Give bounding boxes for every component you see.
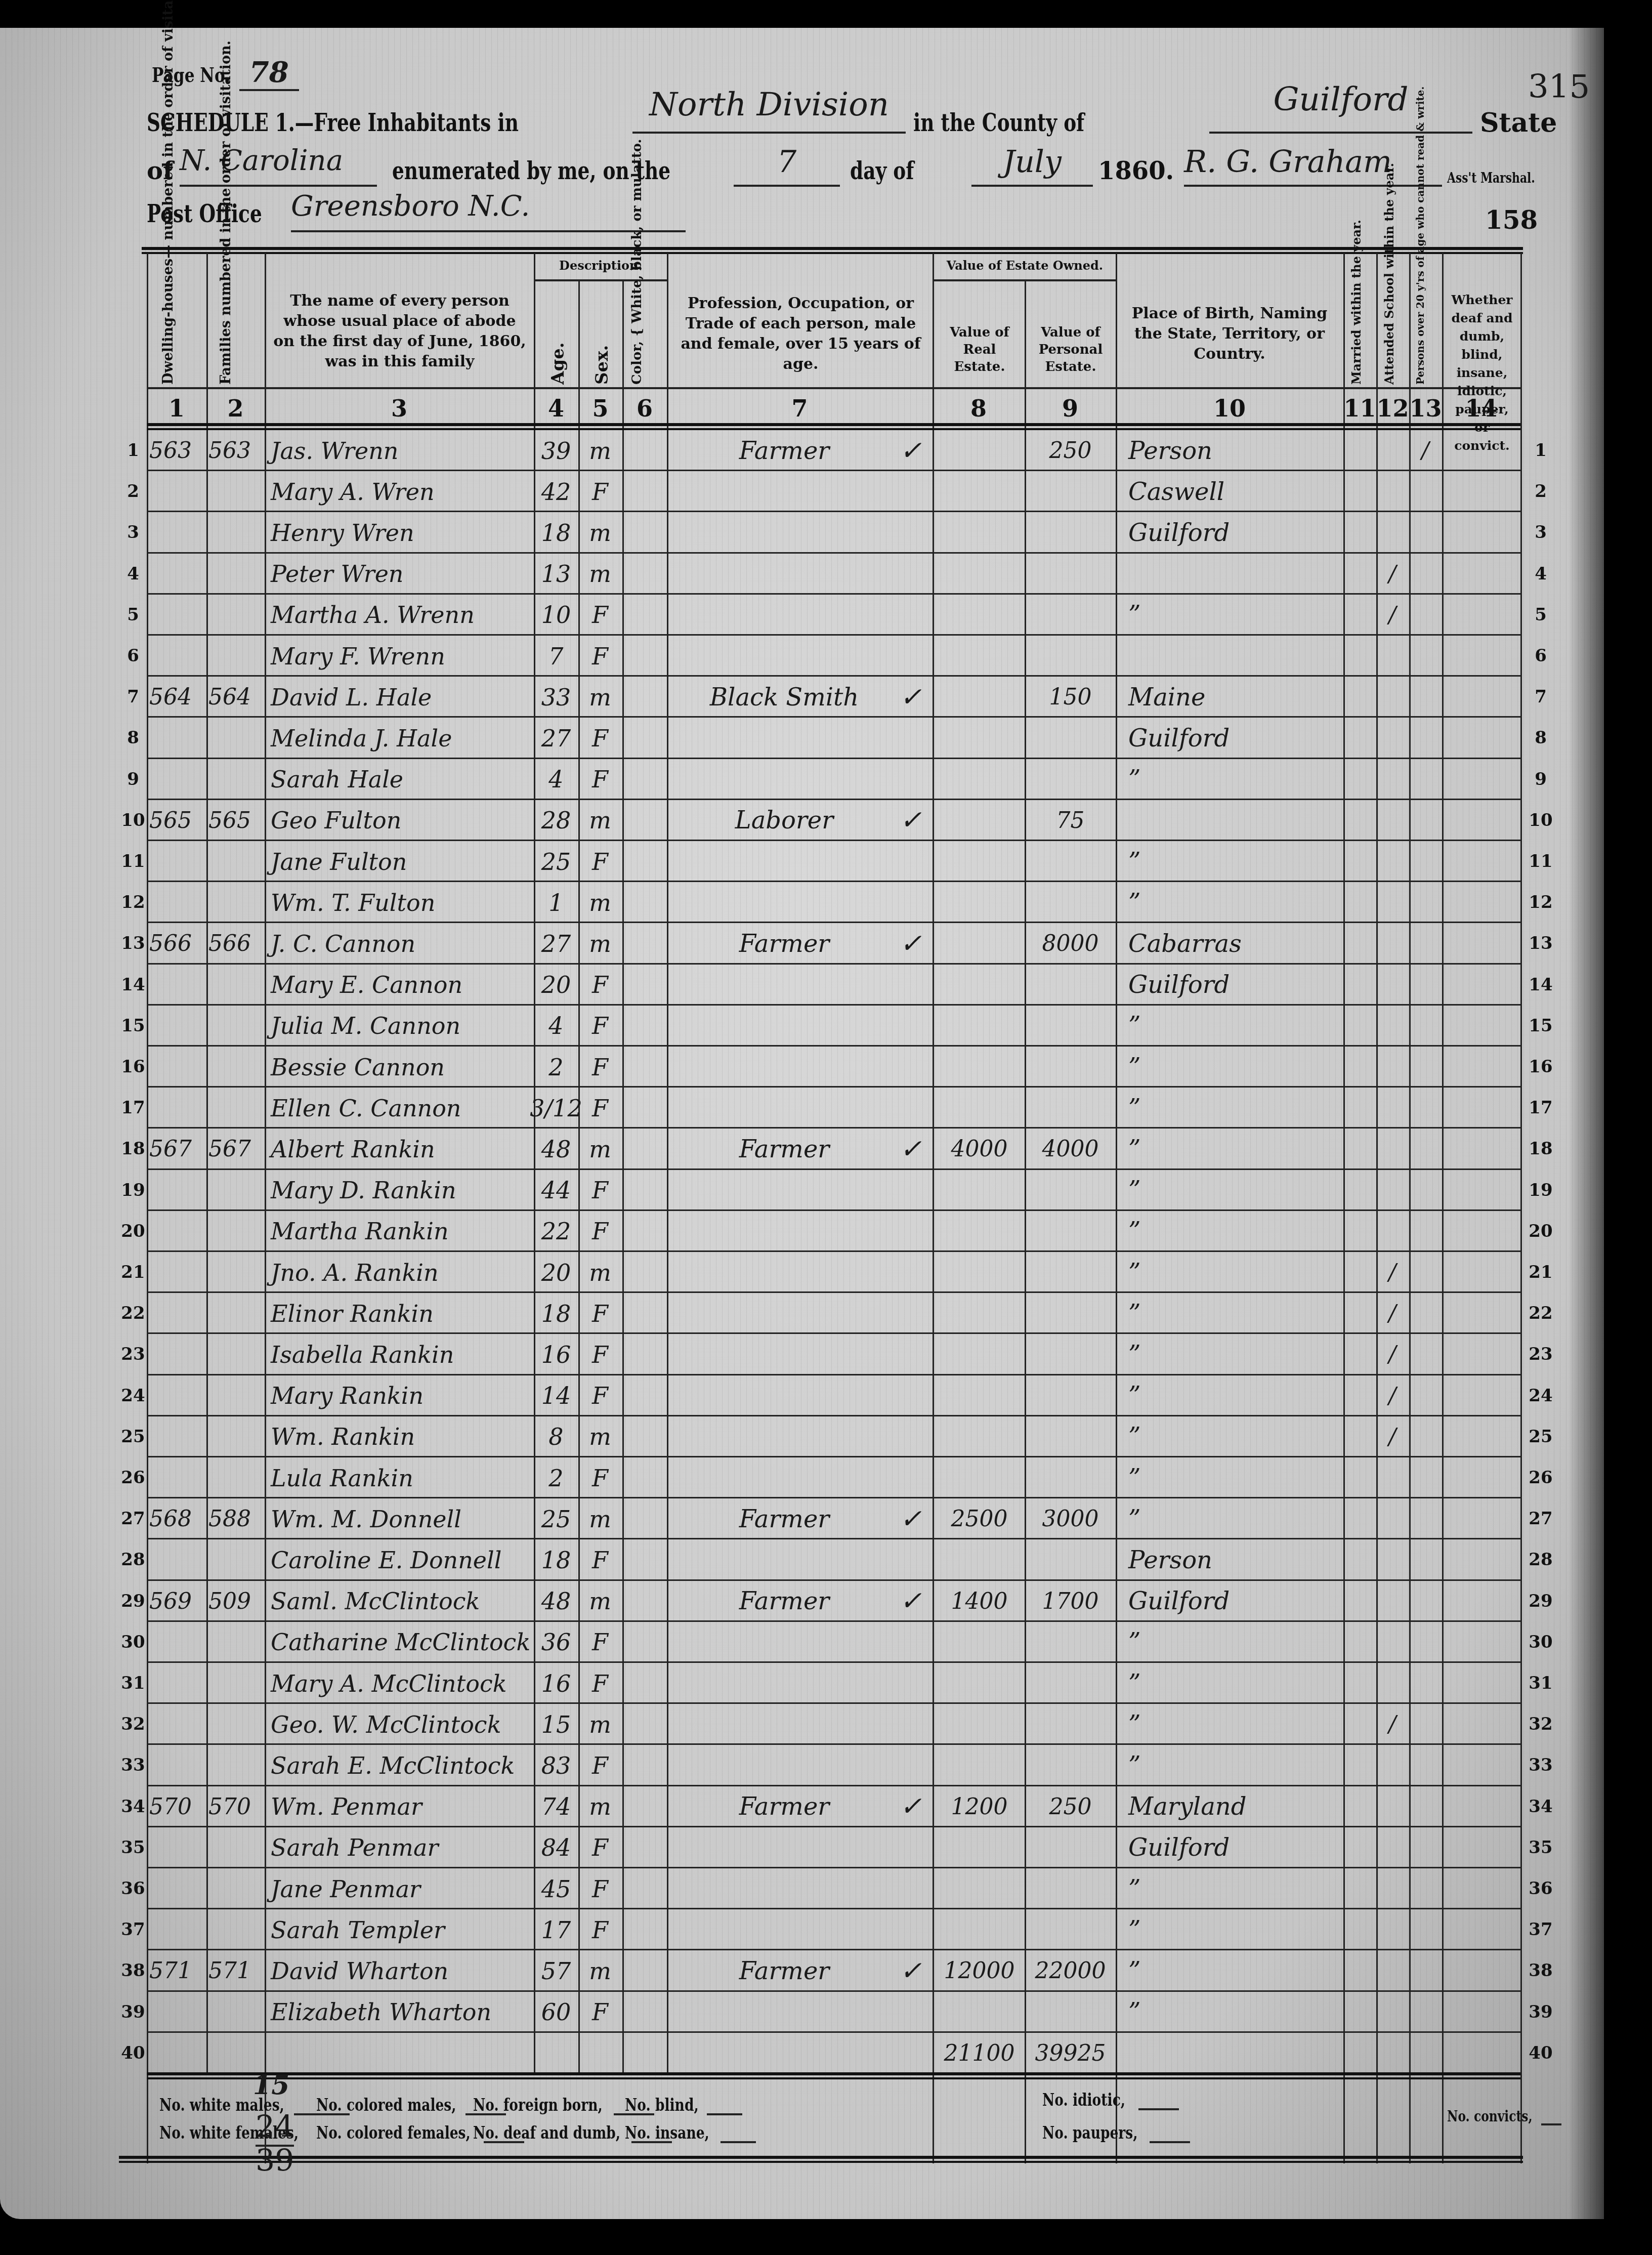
cell-name: [271, 2033, 531, 2074]
cell-birth: Maine: [1128, 677, 1341, 718]
cell-sex: F: [580, 1088, 620, 1129]
blind-label: No. blind,: [625, 2095, 699, 2115]
cell-name: Sarah Templer: [271, 1909, 531, 1950]
row-number-left: 38: [120, 1960, 146, 1981]
cell-family: 567: [208, 1129, 263, 1170]
county-field: Guilford: [1209, 81, 1472, 134]
cell-check: [891, 1047, 931, 1088]
cell-age: 1: [535, 882, 577, 923]
cell-birth: ”: [1128, 1663, 1341, 1704]
cell-school: /: [1377, 1293, 1408, 1334]
cell-real: [935, 1992, 1024, 2033]
cell-school: [1377, 512, 1408, 553]
cell-check: [891, 1663, 931, 1704]
cell-dwelling: [149, 965, 205, 1006]
cell-dwelling: [149, 1334, 205, 1375]
row-number-left: 36: [120, 1878, 146, 1899]
post-office-field: Greensboro N.C.: [291, 190, 686, 232]
divider: [933, 279, 1116, 281]
row-number-left: 4: [120, 564, 146, 584]
cell-real: [935, 718, 1024, 759]
row-number-right: 18: [1528, 1139, 1553, 1159]
row-number-right: 23: [1528, 1344, 1553, 1364]
cell-dwelling: [149, 882, 205, 923]
cell-illiterate: [1410, 1334, 1441, 1375]
sheet-number: 158: [1485, 205, 1538, 235]
cell-illiterate: [1410, 1827, 1441, 1868]
column-group-estate: Value of Estate Owned.: [935, 256, 1115, 276]
row-number-left: 13: [120, 933, 146, 953]
cell-illiterate: [1410, 1006, 1441, 1047]
cell-occupation: [688, 636, 880, 677]
column-group-description: Description.: [536, 256, 665, 276]
cell-personal: [1026, 1088, 1115, 1129]
cell-age: 48: [535, 1581, 577, 1622]
cell-illiterate: [1410, 554, 1441, 595]
cell-real: 1400: [935, 1581, 1024, 1622]
row-number-left: 10: [120, 810, 146, 830]
cell-real: [935, 1006, 1024, 1047]
cell-school: [1377, 1909, 1408, 1950]
cell-occupation: [688, 1375, 880, 1416]
cell-personal: [1026, 471, 1115, 512]
row-number-left: 6: [120, 646, 146, 666]
cell-illiterate: [1410, 1539, 1441, 1580]
cell-name: Caroline E. Donnell: [271, 1539, 531, 1580]
cell-real: [935, 1663, 1024, 1704]
column-number: 10: [1116, 395, 1343, 423]
cell-birth: ”: [1128, 1622, 1341, 1663]
cell-real: [935, 1088, 1024, 1129]
cell-personal: [1026, 1992, 1115, 2033]
cell-illiterate: [1410, 1663, 1441, 1704]
column-number: 11: [1343, 395, 1376, 423]
cell-school: /: [1377, 1252, 1408, 1293]
table-top-border: [142, 247, 1523, 254]
cell-real: [935, 1334, 1024, 1375]
cell-sex: F: [580, 1909, 620, 1950]
cell-birth: ”: [1128, 1211, 1341, 1252]
cell-occupation: [688, 512, 880, 553]
cell-name: David L. Hale: [271, 677, 531, 718]
row-number-left: 21: [120, 1262, 146, 1282]
row-number-right: 13: [1528, 933, 1553, 953]
cell-school: [1377, 1211, 1408, 1252]
cell-sex: F: [580, 1827, 620, 1868]
cell-personal: [1026, 718, 1115, 759]
cell-name: Sarah Hale: [271, 759, 531, 800]
cell-name: Wm. T. Fulton: [271, 882, 531, 923]
year-label: 1860.: [1098, 157, 1174, 185]
cell-check: [891, 595, 931, 636]
cell-illiterate: [1410, 1293, 1441, 1334]
column-number: 3: [265, 395, 534, 423]
cell-dwelling: [149, 1457, 205, 1498]
cell-dwelling: [149, 1704, 205, 1745]
cell-age: 18: [535, 1293, 577, 1334]
column-header-school: Attended School within the year.: [1383, 263, 1396, 385]
cell-illiterate: [1410, 1416, 1441, 1457]
cell-occupation: [688, 2033, 880, 2074]
row-number-right: 35: [1528, 1838, 1553, 1858]
row-number-left: 12: [120, 892, 146, 912]
cell-school: [1377, 882, 1408, 923]
cell-real: [935, 1416, 1024, 1457]
cell-birth: ”: [1128, 1129, 1341, 1170]
divider: [622, 281, 624, 2075]
cell-school: [1377, 1786, 1408, 1827]
cell-family: 566: [208, 923, 263, 964]
cell-check: [891, 1909, 931, 1950]
cell-sex: m: [580, 677, 620, 718]
cell-dwelling: [149, 1416, 205, 1457]
cell-birth: ”: [1128, 1498, 1341, 1539]
cell-real: [935, 512, 1024, 553]
cell-illiterate: [1410, 800, 1441, 841]
cell-school: [1377, 1868, 1408, 1909]
cell-dwelling: [149, 759, 205, 800]
cell-occupation: [688, 965, 880, 1006]
row-number-right: 25: [1528, 1427, 1553, 1447]
cell-occupation: Farmer: [688, 923, 880, 964]
cell-personal: [1026, 1211, 1115, 1252]
cell-birth: Cabarras: [1128, 923, 1341, 964]
cell-personal: 8000: [1026, 923, 1115, 964]
row-number-right: 3: [1528, 522, 1553, 542]
cell-birth: Guilford: [1128, 1827, 1341, 1868]
cell-real: [935, 471, 1024, 512]
cell-school: [1377, 1581, 1408, 1622]
column-number: 1: [147, 395, 206, 423]
cell-check: [891, 1868, 931, 1909]
cell-sex: m: [580, 1704, 620, 1745]
colored-females-label: No. colored females,: [316, 2123, 471, 2143]
cell-occupation: [688, 1539, 880, 1580]
cell-name: Mary Rankin: [271, 1375, 531, 1416]
cell-family: [208, 471, 263, 512]
row-number-left: 17: [120, 1098, 146, 1118]
cell-age: 45: [535, 1868, 577, 1909]
cell-personal: [1026, 1334, 1115, 1375]
cell-illiterate: [1410, 1950, 1441, 1991]
cell-occupation: [688, 1334, 880, 1375]
row-number-left: 22: [120, 1303, 146, 1323]
cell-real: [935, 554, 1024, 595]
cell-birth: ”: [1128, 1457, 1341, 1498]
cell-family: [208, 512, 263, 553]
cell-real: [935, 965, 1024, 1006]
cell-dwelling: [149, 1539, 205, 1580]
row-number-right: 9: [1528, 769, 1553, 789]
marshal-label-text: Ass't Marshal.: [1447, 170, 1535, 186]
cell-check: [891, 841, 931, 882]
cell-sex: m: [580, 882, 620, 923]
convicts-label: No. convicts,: [1447, 2108, 1533, 2125]
cell-school: [1377, 1539, 1408, 1580]
cell-sex: F: [580, 1047, 620, 1088]
row-number-right: 11: [1528, 851, 1553, 871]
colored-males-label: No. colored males,: [316, 2095, 456, 2115]
cell-school: /: [1377, 1704, 1408, 1745]
cell-name: Peter Wren: [271, 554, 531, 595]
column-number: 2: [206, 395, 265, 423]
cell-dwelling: [149, 1006, 205, 1047]
cell-occupation: [688, 1745, 880, 1786]
cell-personal: [1026, 1457, 1115, 1498]
cell-family: [208, 2033, 263, 2074]
cell-illiterate: [1410, 841, 1441, 882]
cell-dwelling: [149, 1293, 205, 1334]
state-label: State: [1480, 107, 1557, 138]
row-number-right: 27: [1528, 1509, 1553, 1529]
cell-name: Jas. Wrenn: [271, 430, 531, 471]
cell-age: 48: [535, 1129, 577, 1170]
cell-family: 564: [208, 677, 263, 718]
cell-sex: F: [580, 965, 620, 1006]
cell-age: 13: [535, 554, 577, 595]
cell-birth: ”: [1128, 1006, 1341, 1047]
divider: [933, 253, 934, 2163]
row-number-right: 33: [1528, 1755, 1553, 1775]
cell-illiterate: [1410, 1047, 1441, 1088]
cell-age: 39: [535, 430, 577, 471]
cell-real: [935, 800, 1024, 841]
cell-school: [1377, 1006, 1408, 1047]
row-number-right: 36: [1528, 1878, 1553, 1899]
cell-name: Mary D. Rankin: [271, 1170, 531, 1211]
foreign-born-label: No. foreign born,: [473, 2095, 603, 2115]
cell-dwelling: 564: [149, 677, 205, 718]
cell-personal: [1026, 841, 1115, 882]
cell-school: /: [1377, 1416, 1408, 1457]
cell-occupation: [688, 1293, 880, 1334]
column-number: 5: [578, 395, 622, 423]
cell-dwelling: [149, 1909, 205, 1950]
marshal-signature: R. G. Graham: [1184, 144, 1442, 187]
cell-school: [1377, 1663, 1408, 1704]
cell-personal: 150: [1026, 677, 1115, 718]
cell-name: Bessie Cannon: [271, 1047, 531, 1088]
cell-illiterate: [1410, 1375, 1441, 1416]
cell-illiterate: [1410, 1129, 1441, 1170]
cell-family: 571: [208, 1950, 263, 1991]
cell-personal: [1026, 965, 1115, 1006]
cell-birth: Person: [1128, 430, 1341, 471]
divider: [147, 387, 1520, 389]
cell-personal: [1026, 1375, 1115, 1416]
cell-occupation: Farmer: [688, 1581, 880, 1622]
state-field: N. Carolina: [180, 144, 377, 187]
cell-family: [208, 1663, 263, 1704]
cell-occupation: [688, 1170, 880, 1211]
row-number-left: 28: [120, 1550, 146, 1570]
page-number-value: 78: [239, 56, 299, 91]
cell-sex: F: [580, 1170, 620, 1211]
column-number: 9: [1025, 395, 1116, 423]
row-number-left: 29: [120, 1591, 146, 1611]
cell-dwelling: 568: [149, 1498, 205, 1539]
cell-name: Geo Fulton: [271, 800, 531, 841]
county-label-text: in the County of: [913, 109, 1084, 137]
cell-family: [208, 1745, 263, 1786]
cell-sex: m: [580, 1129, 620, 1170]
cell-personal: [1026, 554, 1115, 595]
row-number-right: 29: [1528, 1591, 1553, 1611]
row-number-left: 33: [120, 1755, 146, 1775]
cell-sex: F: [580, 1375, 620, 1416]
cell-occupation: Black Smith: [688, 677, 880, 718]
cell-dwelling: [149, 1663, 205, 1704]
cell-birth: [1128, 636, 1341, 677]
cell-real: [935, 595, 1024, 636]
cell-sex: F: [580, 1992, 620, 2033]
cell-school: /: [1377, 1334, 1408, 1375]
cell-illiterate: [1410, 1992, 1441, 2033]
cell-dwelling: [149, 636, 205, 677]
division-field: North Division: [632, 86, 906, 134]
cell-name: Henry Wren: [271, 512, 531, 553]
column-header-dwelling: Dwelling-houses— numbered in the order o…: [161, 263, 176, 385]
cell-family: 565: [208, 800, 263, 841]
row-number-right: 24: [1528, 1386, 1553, 1406]
cell-sex: m: [580, 430, 620, 471]
cell-personal: [1026, 1909, 1115, 1950]
column-number: 4: [534, 395, 578, 423]
cell-illiterate: [1410, 1909, 1441, 1950]
cell-name: Jane Penmar: [271, 1868, 531, 1909]
cell-birth: ”: [1128, 1047, 1341, 1088]
cell-school: [1377, 718, 1408, 759]
row-number-right: 15: [1528, 1016, 1553, 1036]
cell-personal: [1026, 1827, 1115, 1868]
cell-school: [1377, 1498, 1408, 1539]
row-number-right: 31: [1528, 1673, 1553, 1693]
row-number-right: 4: [1528, 564, 1553, 584]
cell-school: [1377, 1745, 1408, 1786]
cell-school: [1377, 1088, 1408, 1129]
cell-name: Sarah Penmar: [271, 1827, 531, 1868]
cell-family: [208, 1252, 263, 1293]
cell-family: [208, 718, 263, 759]
cell-sex: F: [580, 1006, 620, 1047]
row-number-left: 34: [120, 1797, 146, 1817]
cell-occupation: [688, 1211, 880, 1252]
cell-age: 22: [535, 1211, 577, 1252]
row-number-right: 7: [1528, 687, 1553, 707]
row-number-right: 2: [1528, 481, 1553, 502]
cell-illiterate: [1410, 595, 1441, 636]
cell-family: 570: [208, 1786, 263, 1827]
cell-real: [935, 430, 1024, 471]
cell-age: 20: [535, 1252, 577, 1293]
cell-school: /: [1377, 554, 1408, 595]
insane-label: No. insane,: [625, 2123, 709, 2143]
cell-family: [208, 1622, 263, 1663]
cell-check: [891, 1416, 931, 1457]
day-field: 7: [734, 144, 840, 187]
cell-sex: F: [580, 1293, 620, 1334]
stamp-number: 315: [1528, 68, 1590, 106]
cell-age: 2: [535, 1047, 577, 1088]
cell-illiterate: [1410, 882, 1441, 923]
cell-birth: ”: [1128, 1170, 1341, 1211]
cell-illiterate: [1410, 1786, 1441, 1827]
cell-birth: Person: [1128, 1539, 1341, 1580]
cell-birth: [1128, 800, 1341, 841]
cell-name: Ellen C. Cannon: [271, 1088, 531, 1129]
cell-dwelling: [149, 1622, 205, 1663]
cell-age: 57: [535, 1950, 577, 1991]
cell-personal: [1026, 1539, 1115, 1580]
row-number-left: 1: [120, 440, 146, 461]
county-label: in the County of: [913, 109, 1133, 137]
cell-check: [891, 1992, 931, 2033]
column-header-color: Color, { White, black, or mulatto.: [630, 283, 644, 385]
cell-real: [935, 1704, 1024, 1745]
cell-birth: ”: [1128, 1252, 1341, 1293]
marshal-label: Ass't Marshal.: [1447, 170, 1560, 186]
cell-birth: ”: [1128, 1868, 1341, 1909]
enumerated-label-text: enumerated by me, on the: [392, 157, 670, 185]
column-header-birthplace: Place of Birth, Naming the State, Territ…: [1121, 304, 1338, 364]
divider: [206, 253, 208, 2075]
cell-birth: Guilford: [1128, 965, 1341, 1006]
cell-illiterate: [1410, 1498, 1441, 1539]
month-field: July: [971, 144, 1093, 187]
cell-age: 18: [535, 1539, 577, 1580]
cell-real: 12000: [935, 1950, 1024, 1991]
cell-school: [1377, 1170, 1408, 1211]
cell-real: 2500: [935, 1498, 1024, 1539]
cell-dwelling: [149, 1827, 205, 1868]
cell-illiterate: [1410, 759, 1441, 800]
white-females-value: 24: [256, 2109, 294, 2147]
cell-check: ✓: [891, 1581, 931, 1622]
cell-age: 44: [535, 1170, 577, 1211]
cell-name: Lula Rankin: [271, 1457, 531, 1498]
cell-family: [208, 1334, 263, 1375]
column-number: 8: [933, 395, 1025, 423]
cell-family: [208, 1088, 263, 1129]
cell-personal: [1026, 595, 1115, 636]
column-header-occupation: Profession, Occupation, or Trade of each…: [673, 294, 928, 374]
row-number-left: 27: [120, 1509, 146, 1529]
cell-birth: [1128, 2033, 1341, 2074]
cell-school: [1377, 2033, 1408, 2074]
cell-dwelling: [149, 1252, 205, 1293]
cell-family: [208, 1539, 263, 1580]
cell-family: [208, 1457, 263, 1498]
cell-sex: F: [580, 759, 620, 800]
divider: [1343, 253, 1345, 2163]
cell-age: 10: [535, 595, 577, 636]
cell-check: [891, 1293, 931, 1334]
cell-personal: [1026, 759, 1115, 800]
cell-family: [208, 1006, 263, 1047]
cell-check: [891, 512, 931, 553]
cell-check: [891, 759, 931, 800]
row-number-left: 3: [120, 522, 146, 542]
cell-occupation: [688, 1663, 880, 1704]
cell-real: [935, 1868, 1024, 1909]
cell-dwelling: [149, 841, 205, 882]
cell-family: [208, 965, 263, 1006]
column-header-age: Age.: [549, 324, 567, 385]
cell-occupation: [688, 471, 880, 512]
cell-check: ✓: [891, 1498, 931, 1539]
cell-family: [208, 841, 263, 882]
cell-sex: F: [580, 1334, 620, 1375]
